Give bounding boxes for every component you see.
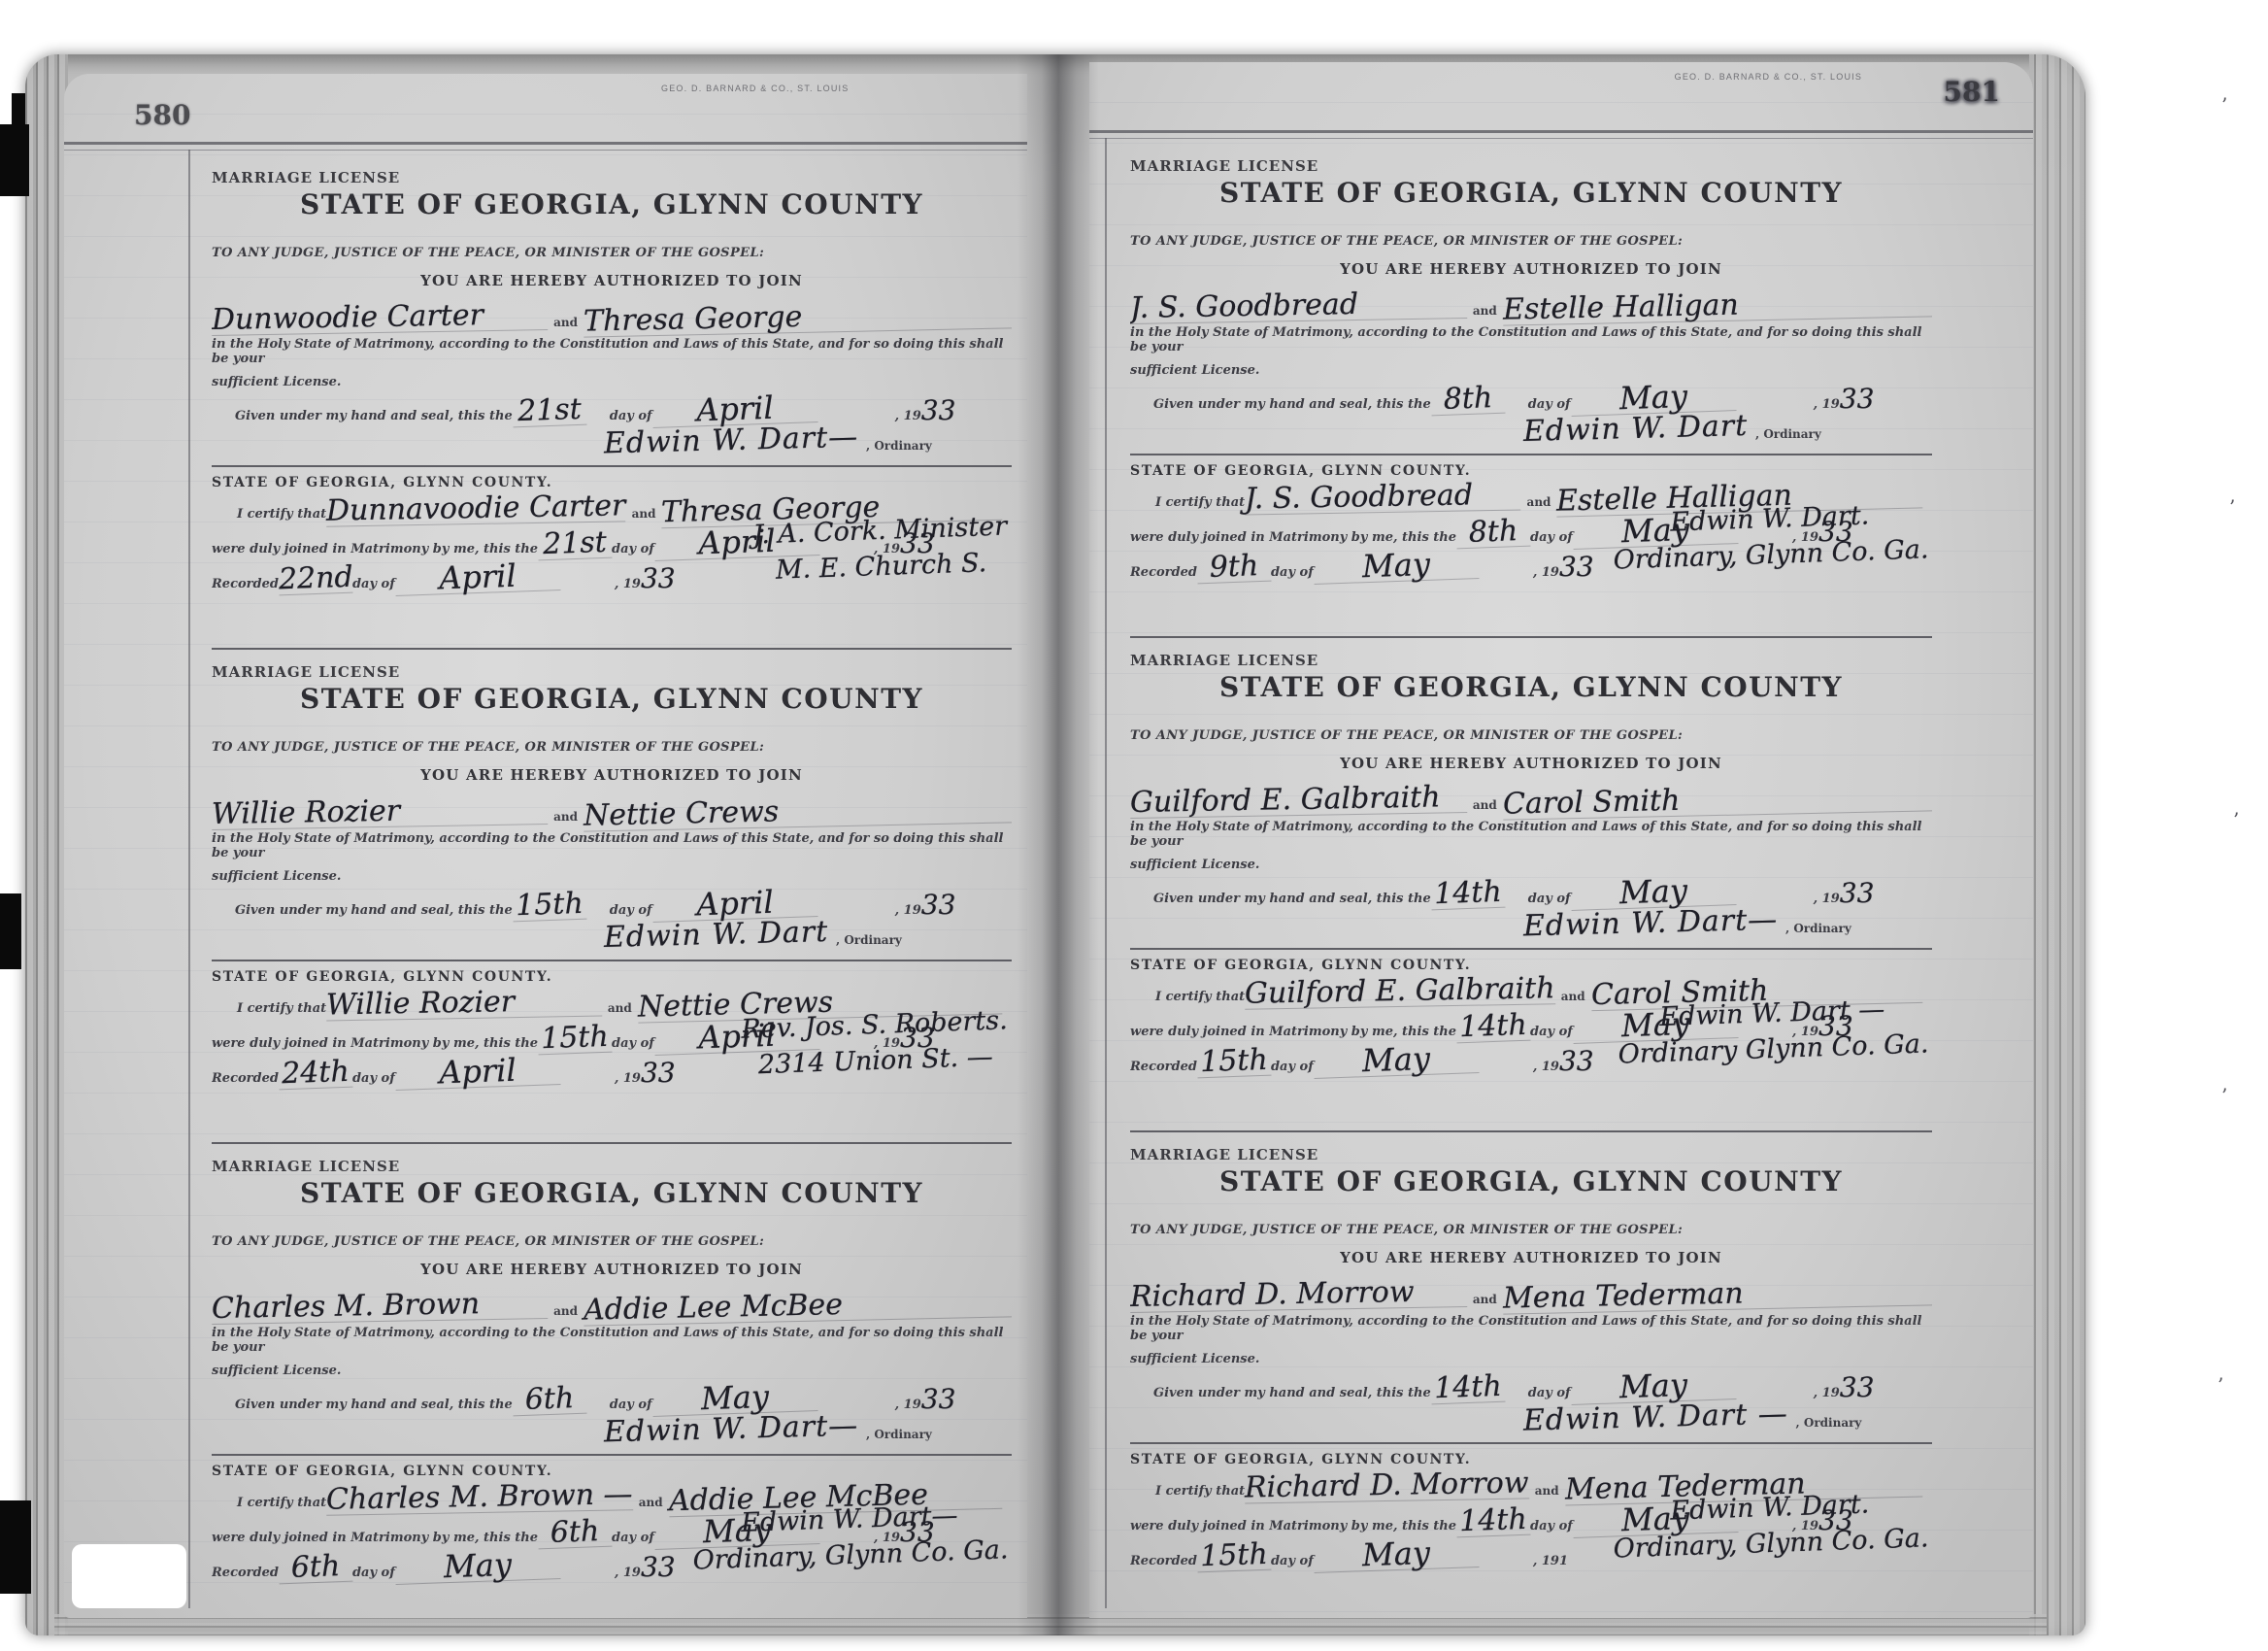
certificate-groom-handwriting: Charles M. Brown — xyxy=(326,1480,633,1516)
day-of-label: day of xyxy=(1530,1025,1573,1039)
and-word: and xyxy=(1555,990,1591,1003)
holy-state-line: in the Holy State of Matrimony, accordin… xyxy=(212,831,1012,860)
marriage-day-handwriting: 21st xyxy=(537,528,612,561)
recorded-year-prefix: , 191 xyxy=(1533,1554,1568,1568)
addressee-line: TO ANY JUDGE, JUSTICE OF THE PEACE, OR M… xyxy=(212,1234,1012,1249)
certificate-title: STATE OF GEORGIA, GLYNN COUNTY. xyxy=(212,1464,1012,1479)
certificate-groom-handwriting: Willie Rozier xyxy=(326,987,602,1022)
marriage-day-handwriting: 15th xyxy=(537,1023,612,1056)
marriage-license-section: MARRIAGE LICENSE STATE OF GEORGIA, GLYNN… xyxy=(212,650,1012,950)
scan-artifact xyxy=(0,1500,31,1594)
printer-imprint: GEO. D. BARNARD & CO., ST. LOUIS xyxy=(1675,72,1862,82)
i-certify-label: I certify that xyxy=(1155,1484,1245,1499)
page-stack-edge-right xyxy=(2029,54,2085,1635)
form-title: STATE OF GEORGIA, GLYNN COUNTY xyxy=(1130,671,1932,703)
recorded-day-handwriting: 15th xyxy=(1196,1540,1271,1573)
recorded-month-handwriting: May xyxy=(1313,1535,1479,1573)
issue-year-handwriting: 33 xyxy=(1840,880,1875,907)
groom-name-handwriting: Guilford E. Galbraith xyxy=(1130,783,1467,819)
marriage-certificate-section: STATE OF GEORGIA, GLYNN COUNTY. I certif… xyxy=(212,969,1012,1132)
recorded-month-handwriting: May xyxy=(394,1547,560,1585)
printer-imprint: GEO. D. BARNARD & CO., ST. LOUIS xyxy=(661,84,849,93)
groom-name-handwriting: Willie Rozier xyxy=(212,794,548,830)
day-of-label: day of xyxy=(586,409,652,423)
holy-state-line: in the Holy State of Matrimony, accordin… xyxy=(212,1326,1012,1355)
joined-label: were duly joined in Matrimony by me, thi… xyxy=(1130,1025,1456,1039)
issue-date-line: Given under my hand and seal, this the 6… xyxy=(212,1382,1012,1415)
i-certify-label: I certify that xyxy=(1155,990,1245,1004)
marriage-license-section: MARRIAGE LICENSE STATE OF GEORGIA, GLYNN… xyxy=(212,1144,1012,1444)
bride-name-handwriting: Thresa George xyxy=(584,298,1012,337)
form-title: STATE OF GEORGIA, GLYNN COUNTY xyxy=(1130,1165,1932,1197)
recorded-day-handwriting: 24th xyxy=(278,1058,352,1091)
day-of-label: day of xyxy=(1505,397,1571,412)
recorded-label: Recorded xyxy=(1130,1060,1197,1074)
issue-year-handwriting: 33 xyxy=(921,397,956,424)
authorized-line: YOU ARE HEREBY AUTHORIZED TO JOIN xyxy=(1130,1249,1932,1266)
day-of-label: day of xyxy=(612,542,654,556)
marriage-license-label: MARRIAGE LICENSE xyxy=(1130,144,1932,175)
day-of-label: day of xyxy=(1505,1386,1571,1400)
page-head-rule xyxy=(64,142,1027,151)
marriage-day-handwriting: 8th xyxy=(1455,517,1530,550)
names-line: Dunwoodie Carter and Thresa George xyxy=(212,303,1012,333)
names-line: Guilford E. Galbraith and Carol Smith xyxy=(1130,786,1932,816)
page-head-rule xyxy=(1089,130,2033,139)
recorded-month-handwriting: May xyxy=(1313,547,1479,585)
marriage-license-label: MARRIAGE LICENSE xyxy=(1130,1132,1932,1163)
scan-artifact xyxy=(0,124,29,196)
marriage-record: MARRIAGE LICENSE STATE OF GEORGIA, GLYNN… xyxy=(1130,144,1932,638)
day-of-label: day of xyxy=(586,1398,652,1412)
bride-name-handwriting: Addie Lee McBee xyxy=(584,1287,1012,1326)
ordinary-signature-line: Edwin W. Dart— , Ordinary xyxy=(212,1415,1012,1444)
issue-day-handwriting: 6th xyxy=(512,1384,586,1417)
recorded-label: Recorded xyxy=(212,1071,279,1086)
and-word: and xyxy=(548,810,584,824)
issue-year-handwriting: 33 xyxy=(1840,1374,1875,1401)
section-divider xyxy=(1130,1442,1932,1444)
marriage-certificate-section: STATE OF GEORGIA, GLYNN COUNTY. I certif… xyxy=(212,1464,1012,1614)
issue-day-handwriting: 21st xyxy=(512,395,586,428)
ordinary-signature-line: Edwin W. Dart— , Ordinary xyxy=(212,426,1012,455)
authorized-line: YOU ARE HEREBY AUTHORIZED TO JOIN xyxy=(212,1261,1012,1278)
sufficient-license-line: sufficient License. xyxy=(1130,858,1932,872)
issue-day-handwriting: 14th xyxy=(1430,1372,1505,1405)
year-prefix: , 19 xyxy=(1790,892,1840,906)
scan-artifact xyxy=(72,1544,186,1608)
ordinary-signature-handwriting: Edwin W. Dart xyxy=(603,918,828,953)
officiant-signature: Rev. Jos. S. Roberts. 2314 Union St. — xyxy=(741,1007,1009,1079)
marriage-license-section: MARRIAGE LICENSE STATE OF GEORGIA, GLYNN… xyxy=(212,155,1012,455)
groom-name-handwriting: Dunwoodie Carter xyxy=(212,300,548,336)
certificate-title: STATE OF GEORGIA, GLYNN COUNTY. xyxy=(1130,958,1932,973)
marriage-certificate-section: STATE OF GEORGIA, GLYNN COUNTY. I certif… xyxy=(212,475,1012,638)
issue-year-handwriting: 33 xyxy=(1840,386,1875,413)
joined-label: were duly joined in Matrimony by me, thi… xyxy=(212,1036,538,1051)
page-stack-edge-left xyxy=(25,54,68,1635)
marriage-certificate-section: STATE OF GEORGIA, GLYNN COUNTY. I certif… xyxy=(1130,463,1932,626)
records-column-right: MARRIAGE LICENSE STATE OF GEORGIA, GLYNN… xyxy=(1130,144,1932,1614)
bride-name-handwriting: Estelle Halligan xyxy=(1503,286,1932,325)
given-label: Given under my hand and seal, this the xyxy=(1130,892,1431,906)
register-book-scan: 580 GEO. D. BARNARD & CO., ST. LOUIS MAR… xyxy=(25,54,2085,1635)
marriage-day-handwriting: 14th xyxy=(1455,1011,1530,1044)
year-prefix: , 19 xyxy=(1790,397,1840,412)
ordinary-signature-handwriting: Edwin W. Dart— xyxy=(1522,906,1778,942)
sufficient-license-line: sufficient License. xyxy=(212,375,1012,389)
authorized-line: YOU ARE HEREBY AUTHORIZED TO JOIN xyxy=(1130,260,1932,278)
recorded-label: Recorded xyxy=(1130,1554,1197,1568)
recorded-year-prefix: , 19 xyxy=(1533,1060,1559,1074)
day-of-label: day of xyxy=(612,1036,654,1051)
addressee-line: TO ANY JUDGE, JUSTICE OF THE PEACE, OR M… xyxy=(1130,1223,1932,1237)
issue-year-handwriting: 33 xyxy=(921,1386,956,1413)
officiant-signature: Edwin W. Dart. Ordinary, Glynn Co. Ga. xyxy=(1612,1489,1929,1562)
bride-name-handwriting: Nettie Crews xyxy=(584,792,1012,831)
recorded-day-handwriting: 22nd xyxy=(278,563,352,596)
issue-date-line: Given under my hand and seal, this the 2… xyxy=(212,393,1012,426)
marriage-certificate-section: STATE OF GEORGIA, GLYNN COUNTY. I certif… xyxy=(1130,958,1932,1121)
marriage-license-label: MARRIAGE LICENSE xyxy=(212,155,1012,186)
recorded-year-prefix: , 19 xyxy=(615,577,641,591)
officiant-signature: Edwin W. Dart. Ordinary, Glynn Co. Ga. xyxy=(1612,500,1929,573)
day-of-label: day of xyxy=(352,1071,395,1086)
section-divider xyxy=(1130,454,1932,455)
authorized-line: YOU ARE HEREBY AUTHORIZED TO JOIN xyxy=(1130,755,1932,772)
bride-name-handwriting: Carol Smith xyxy=(1503,781,1932,820)
day-of-label: day of xyxy=(1530,1519,1573,1533)
holy-state-line: in the Holy State of Matrimony, accordin… xyxy=(212,337,1012,366)
section-divider xyxy=(212,1454,1012,1456)
groom-name-handwriting: Richard D. Morrow xyxy=(1130,1277,1467,1313)
day-of-label: day of xyxy=(1271,1554,1314,1568)
certificate-title: STATE OF GEORGIA, GLYNN COUNTY. xyxy=(1130,463,1932,479)
names-line: Charles M. Brown and Addie Lee McBee xyxy=(212,1292,1012,1322)
issue-date-line: Given under my hand and seal, this the 1… xyxy=(1130,876,1932,909)
page-number-left: 580 xyxy=(134,99,190,131)
issue-day-handwriting: 15th xyxy=(512,890,586,923)
i-certify-label: I certify that xyxy=(237,507,326,522)
joined-label: were duly joined in Matrimony by me, thi… xyxy=(1130,530,1456,545)
holy-state-line: in the Holy State of Matrimony, accordin… xyxy=(1130,325,1932,354)
recorded-label: Recorded xyxy=(212,577,279,591)
officiant-signature-line1: J. A. Cork. Minister xyxy=(752,513,1008,548)
sufficient-license-line: sufficient License. xyxy=(1130,363,1932,378)
ordinary-signature-handwriting: Edwin W. Dart xyxy=(1522,412,1748,447)
given-label: Given under my hand and seal, this the xyxy=(212,409,513,423)
and-word: and xyxy=(1521,495,1557,509)
i-certify-label: I certify that xyxy=(1155,495,1245,510)
section-divider xyxy=(212,465,1012,467)
ordinary-signature-handwriting: Edwin W. Dart — xyxy=(1522,1399,1787,1435)
year-prefix: , 19 xyxy=(1790,1386,1840,1400)
ordinary-signature-line: Edwin W. Dart , Ordinary xyxy=(212,921,1012,950)
issue-date-line: Given under my hand and seal, this the 1… xyxy=(1130,1370,1932,1403)
day-of-label: day of xyxy=(1530,530,1573,545)
certificate-title: STATE OF GEORGIA, GLYNN COUNTY. xyxy=(1130,1452,1932,1467)
recorded-year-handwriting: 33 xyxy=(1559,1048,1594,1075)
recorded-year-handwriting: 33 xyxy=(641,565,676,592)
officiant-signature: J. A. Cork. Minister M. E. Church S. xyxy=(752,513,1009,584)
and-word: and xyxy=(548,316,584,329)
marriage-license-section: MARRIAGE LICENSE STATE OF GEORGIA, GLYNN… xyxy=(1130,638,1932,938)
addressee-line: TO ANY JUDGE, JUSTICE OF THE PEACE, OR M… xyxy=(1130,234,1932,249)
scan-artifact xyxy=(0,893,21,969)
addressee-line: TO ANY JUDGE, JUSTICE OF THE PEACE, OR M… xyxy=(212,246,1012,260)
year-prefix: , 19 xyxy=(872,409,921,423)
form-title: STATE OF GEORGIA, GLYNN COUNTY xyxy=(212,188,1012,220)
day-of-label: day of xyxy=(352,577,395,591)
recorded-month-handwriting: May xyxy=(1313,1041,1479,1079)
certificate-title: STATE OF GEORGIA, GLYNN COUNTY. xyxy=(212,969,1012,985)
left-page-580: 580 GEO. D. BARNARD & CO., ST. LOUIS MAR… xyxy=(64,74,1027,1618)
issue-day-handwriting: 8th xyxy=(1430,384,1505,417)
marriage-license-section: MARRIAGE LICENSE STATE OF GEORGIA, GLYNN… xyxy=(1130,144,1932,444)
and-word: and xyxy=(1529,1484,1565,1498)
day-of-label: day of xyxy=(1505,892,1571,906)
authorized-line: YOU ARE HEREBY AUTHORIZED TO JOIN xyxy=(212,272,1012,289)
given-label: Given under my hand and seal, this the xyxy=(1130,1386,1431,1400)
ordinary-signature-handwriting: Edwin W. Dart— xyxy=(603,423,858,459)
groom-name-handwriting: Charles M. Brown xyxy=(212,1289,548,1325)
margin-rule xyxy=(1105,138,1107,1608)
recorded-month-handwriting: April xyxy=(394,1053,560,1091)
scan-speck: ’ xyxy=(2221,1084,2227,1107)
marriage-day-handwriting: 14th xyxy=(1455,1505,1530,1538)
recorded-year-prefix: , 19 xyxy=(615,1071,641,1086)
ordinary-label: , Ordinary xyxy=(1748,427,1821,441)
i-certify-label: I certify that xyxy=(237,1496,326,1510)
page-number-right: 581 xyxy=(1944,76,2000,108)
marriage-record: MARRIAGE LICENSE STATE OF GEORGIA, GLYNN… xyxy=(1130,1132,1932,1614)
given-label: Given under my hand and seal, this the xyxy=(1130,397,1431,412)
officiant-signature: Edwin W. Dart— Ordinary, Glynn Co. Ga. xyxy=(691,1500,1009,1573)
year-prefix: , 19 xyxy=(872,903,921,918)
and-word: and xyxy=(548,1304,584,1318)
recorded-label: Recorded xyxy=(212,1566,279,1580)
day-of-label: day of xyxy=(352,1566,395,1580)
scanned-register-spread: { "form": { "license_label": "MARRIAGE L… xyxy=(0,0,2268,1651)
marriage-license-section: MARRIAGE LICENSE STATE OF GEORGIA, GLYNN… xyxy=(1130,1132,1932,1432)
scan-speck: ’ xyxy=(2221,93,2227,117)
addressee-line: TO ANY JUDGE, JUSTICE OF THE PEACE, OR M… xyxy=(212,740,1012,755)
ordinary-label: , Ordinary xyxy=(1778,922,1851,935)
certificate-groom-handwriting: Dunnavoodie Carter xyxy=(326,491,626,526)
marriage-record: MARRIAGE LICENSE STATE OF GEORGIA, GLYNN… xyxy=(212,650,1012,1144)
day-of-label: day of xyxy=(612,1531,654,1545)
recorded-year-prefix: , 19 xyxy=(1533,565,1559,580)
issue-date-line: Given under my hand and seal, this the 8… xyxy=(1130,382,1932,415)
form-title: STATE OF GEORGIA, GLYNN COUNTY xyxy=(1130,177,1932,209)
margin-rule xyxy=(188,150,190,1608)
certificate-groom-handwriting: Richard D. Morrow xyxy=(1245,1468,1529,1503)
scan-artifact xyxy=(12,93,25,126)
marriage-record: MARRIAGE LICENSE STATE OF GEORGIA, GLYNN… xyxy=(1130,638,1932,1132)
holy-state-line: in the Holy State of Matrimony, accordin… xyxy=(1130,1314,1932,1343)
and-word: and xyxy=(1467,1293,1503,1306)
recorded-year-handwriting: 33 xyxy=(641,1060,676,1087)
section-divider xyxy=(212,960,1012,961)
recorded-year-handwriting: 33 xyxy=(641,1554,676,1581)
ordinary-label: , Ordinary xyxy=(1788,1416,1862,1430)
ordinary-label: , Ordinary xyxy=(858,1428,932,1441)
right-page-581: 581 GEO. D. BARNARD & CO., ST. LOUIS MAR… xyxy=(1089,62,2033,1618)
names-line: Willie Rozier and Nettie Crews xyxy=(212,797,1012,827)
groom-name-handwriting: J. S. Goodbread xyxy=(1130,288,1467,324)
joined-label: were duly joined in Matrimony by me, thi… xyxy=(212,1531,538,1545)
marriage-license-label: MARRIAGE LICENSE xyxy=(1130,638,1932,669)
marriage-license-label: MARRIAGE LICENSE xyxy=(212,1144,1012,1175)
names-line: Richard D. Morrow and Mena Tederman xyxy=(1130,1280,1932,1310)
bride-name-handwriting: Mena Tederman xyxy=(1503,1275,1932,1314)
issue-day-handwriting: 14th xyxy=(1430,878,1505,911)
marriage-day-handwriting: 6th xyxy=(537,1517,612,1550)
records-column-left: MARRIAGE LICENSE STATE OF GEORGIA, GLYNN… xyxy=(212,155,1012,1614)
form-title: STATE OF GEORGIA, GLYNN COUNTY xyxy=(212,1177,1012,1209)
marriage-record: MARRIAGE LICENSE STATE OF GEORGIA, GLYNN… xyxy=(212,1144,1012,1614)
day-of-label: day of xyxy=(1271,1060,1314,1074)
officiant-signature-line1: Rev. Jos. S. Roberts. xyxy=(741,1007,1008,1043)
recorded-year-prefix: , 19 xyxy=(615,1566,641,1580)
scan-speck: ’ xyxy=(2218,1373,2223,1397)
recorded-day-handwriting: 9th xyxy=(1196,552,1271,585)
sufficient-license-line: sufficient License. xyxy=(212,1364,1012,1378)
marriage-record: MARRIAGE LICENSE STATE OF GEORGIA, GLYNN… xyxy=(212,155,1012,650)
ordinary-signature-line: Edwin W. Dart — , Ordinary xyxy=(1130,1403,1932,1432)
marriage-certificate-section: STATE OF GEORGIA, GLYNN COUNTY. I certif… xyxy=(1130,1452,1932,1614)
certificate-groom-handwriting: J. S. Goodbread xyxy=(1245,481,1521,516)
ordinary-label: , Ordinary xyxy=(828,933,902,947)
officiant-signature: Edwin W. Dart — Ordinary Glynn Co. Ga. xyxy=(1617,994,1929,1067)
and-word: and xyxy=(1467,798,1503,812)
ordinary-label: , Ordinary xyxy=(858,439,932,453)
scan-speck: ’ xyxy=(2233,808,2239,831)
issue-year-handwriting: 33 xyxy=(921,892,956,919)
addressee-line: TO ANY JUDGE, JUSTICE OF THE PEACE, OR M… xyxy=(1130,728,1932,743)
recorded-year-handwriting: 33 xyxy=(1559,554,1594,581)
sufficient-license-line: sufficient License. xyxy=(212,869,1012,884)
given-label: Given under my hand and seal, this the xyxy=(212,1398,513,1412)
and-word: and xyxy=(1467,304,1503,318)
names-line: J. S. Goodbread and Estelle Halligan xyxy=(1130,291,1932,321)
joined-label: were duly joined in Matrimony by me, thi… xyxy=(1130,1519,1456,1533)
i-certify-label: I certify that xyxy=(237,1001,326,1016)
marriage-license-label: MARRIAGE LICENSE xyxy=(212,650,1012,681)
ordinary-signature-line: Edwin W. Dart— , Ordinary xyxy=(1130,909,1932,938)
recorded-day-handwriting: 15th xyxy=(1196,1046,1271,1079)
book-gutter-shadow xyxy=(1017,54,1099,1635)
holy-state-line: in the Holy State of Matrimony, accordin… xyxy=(1130,820,1932,849)
recorded-month-handwriting: April xyxy=(394,558,560,596)
section-divider xyxy=(1130,948,1932,950)
form-title: STATE OF GEORGIA, GLYNN COUNTY xyxy=(212,683,1012,715)
and-word: and xyxy=(633,1496,669,1509)
recorded-label: Recorded xyxy=(1130,565,1197,580)
day-of-label: day of xyxy=(1271,565,1314,580)
ordinary-signature-line: Edwin W. Dart , Ordinary xyxy=(1130,415,1932,444)
sufficient-license-line: sufficient License. xyxy=(1130,1352,1932,1366)
joined-label: were duly joined in Matrimony by me, thi… xyxy=(212,542,538,556)
and-word: and xyxy=(602,1001,638,1015)
authorized-line: YOU ARE HEREBY AUTHORIZED TO JOIN xyxy=(212,766,1012,784)
ordinary-signature-handwriting: Edwin W. Dart— xyxy=(603,1412,858,1448)
scan-speck: ’ xyxy=(2229,495,2235,519)
day-of-label: day of xyxy=(586,903,652,918)
year-prefix: , 19 xyxy=(872,1398,921,1412)
and-word: and xyxy=(626,507,662,521)
recorded-day-handwriting: 6th xyxy=(278,1552,352,1585)
issue-date-line: Given under my hand and seal, this the 1… xyxy=(212,888,1012,921)
given-label: Given under my hand and seal, this the xyxy=(212,903,513,918)
certificate-groom-handwriting: Guilford E. Galbraith xyxy=(1245,974,1555,1010)
